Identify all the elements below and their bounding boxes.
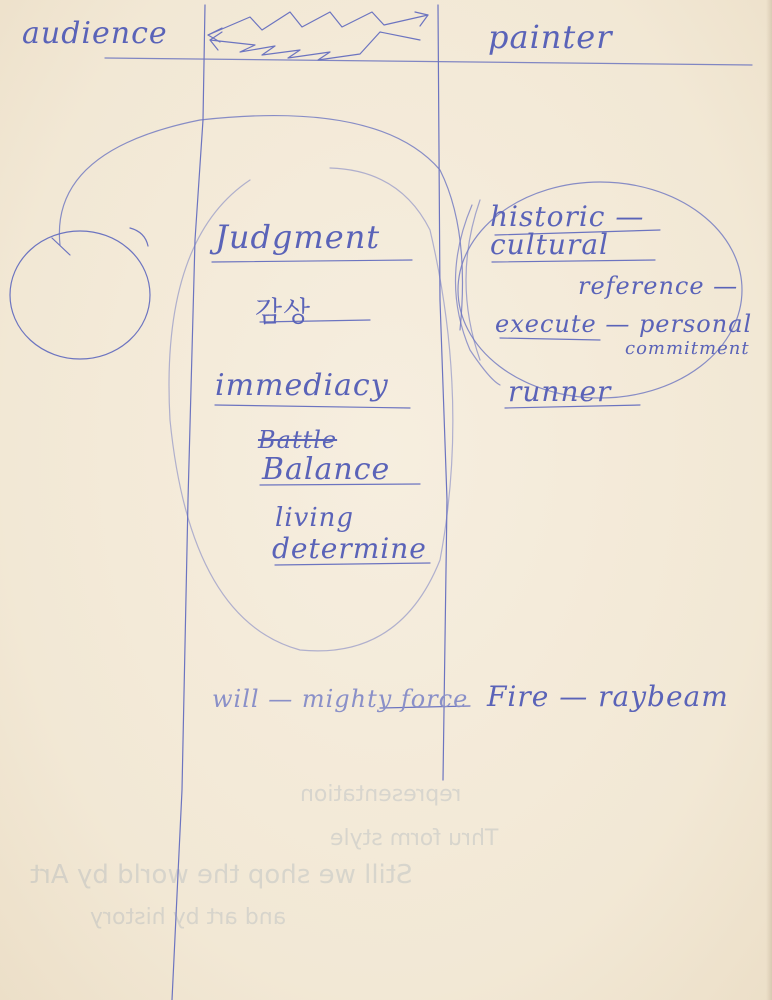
painter-label: painter: [488, 18, 613, 56]
judgment-text: Judgment: [215, 218, 380, 256]
audience-label: audience: [22, 16, 168, 51]
living-text: living: [275, 503, 354, 533]
cultural-text: cultural: [490, 228, 609, 261]
zigzag-arrow-top: [208, 12, 428, 35]
immediacy-text: immediacy: [215, 368, 389, 403]
runner-text: runner: [508, 375, 611, 408]
small-circle: [10, 231, 150, 359]
sketchbook-page: representation Thru form style Still we …: [0, 0, 772, 1000]
fire-raybeam-text: Fire — raybeam: [487, 680, 729, 713]
zigzag-arrow-bottom: [210, 32, 420, 60]
commitment-text: commitment: [625, 338, 750, 359]
balance-text: Balance: [262, 452, 390, 487]
column-line-left: [172, 5, 205, 1000]
sketch-lines: [0, 0, 772, 1000]
reference-text: reference —: [578, 272, 738, 300]
execute-personal-text: execute — personal: [495, 310, 752, 338]
battle-struck-text: Battle: [258, 426, 337, 454]
will-mighty-force-text: will — mighty force: [212, 685, 468, 713]
determine-text: determine: [272, 532, 427, 565]
korean-gamsang-text: 감상: [255, 290, 311, 330]
column-line-right: [438, 5, 447, 780]
